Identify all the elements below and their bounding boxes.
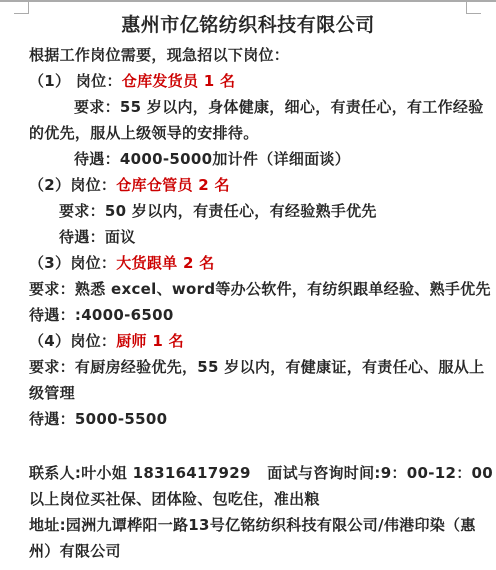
doc-line: （2）岗位：仓库仓管员 2 名 [29, 172, 486, 198]
doc-line: 待遇：面议 [29, 224, 486, 250]
doc-text: （1） 岗位： [29, 72, 122, 90]
text-boundary-mark-top-right-vertical [466, 0, 467, 13]
job-title-text: 大货跟单 2 名 [116, 254, 214, 272]
doc-text: 地址:园洲九谭桦阳一路13号亿铭纺织科技有限公司/伟港印染（惠 [29, 516, 476, 534]
doc-line: 要求：50 岁以内，有责任心，有经验熟手优先 [29, 198, 486, 224]
doc-line: 地址:园洲九谭桦阳一路13号亿铭纺织科技有限公司/伟港印染（惠 [29, 512, 486, 538]
doc-text: 要求：有厨房经验优先，55 岁以内，有健康证，有责任心、服从上 [29, 358, 484, 376]
doc-text: （3）岗位： [29, 254, 116, 272]
doc-text: 要求：50 岁以内，有责任心，有经验熟手优先 [59, 202, 377, 220]
doc-text: 级管理 [29, 384, 75, 402]
doc-line: （3）岗位：大货跟单 2 名 [29, 250, 486, 276]
company-title: 惠州市亿铭纺织科技有限公司 [0, 0, 496, 38]
doc-line: 联系人:叶小姐 18316417929 面试与咨询时间:9：00-12：00 1… [29, 460, 486, 486]
doc-line: （1） 岗位：仓库发货员 1 名 [29, 68, 486, 94]
doc-text: 待遇：:4000-6500 [29, 306, 174, 324]
doc-line: 根据工作岗位需要，现急招以下岗位： [29, 42, 486, 68]
doc-text: 待遇：5000-5500 [29, 410, 167, 428]
document-body: 根据工作岗位需要，现急招以下岗位：（1） 岗位：仓库发货员 1 名要求：55 岁… [0, 38, 496, 564]
blank-line [29, 432, 486, 460]
job-title-text: 厨师 1 名 [116, 332, 184, 350]
doc-text: 待遇：4000-5000加计件（详细面谈） [74, 150, 350, 168]
doc-text: 要求：熟悉 excel、word等办公软件，有纺织跟单经验、熟手优先 [29, 280, 491, 298]
doc-line: 要求：有厨房经验优先，55 岁以内，有健康证，有责任心、服从上 [29, 354, 486, 380]
doc-line: 州）有限公司 [29, 538, 486, 564]
doc-line: 待遇：5000-5500 [29, 406, 486, 432]
doc-text: 要求：55 岁以内，身体健康，细心，有责任心，有工作经验 [74, 98, 484, 116]
doc-text: 根据工作岗位需要，现急招以下岗位： [29, 46, 289, 64]
text-boundary-mark-top-left-horizontal [14, 13, 29, 14]
doc-line: 的优先，服从上级领导的安排待。 [29, 120, 486, 146]
document-page: 惠州市亿铭纺织科技有限公司 根据工作岗位需要，现急招以下岗位：（1） 岗位：仓库… [0, 0, 496, 570]
text-boundary-mark-top-left-vertical [28, 0, 29, 13]
doc-line: 要求：55 岁以内，身体健康，细心，有责任心，有工作经验 [29, 94, 486, 120]
doc-text: 州）有限公司 [29, 542, 121, 560]
doc-text: 的优先，服从上级领导的安排待。 [29, 124, 259, 142]
doc-text: 以上岗位买社保、团体险、包吃住，准出粮 [29, 490, 320, 508]
doc-text: 联系人:叶小姐 18316417929 面试与咨询时间:9：00-12：00 1… [29, 464, 496, 482]
doc-line: 待遇：:4000-6500 [29, 302, 486, 328]
page-top-edge [0, 0, 496, 2]
doc-text: （4）岗位： [29, 332, 116, 350]
doc-line: 以上岗位买社保、团体险、包吃住，准出粮 [29, 486, 486, 512]
doc-text: 待遇：面议 [59, 228, 136, 246]
doc-line: 级管理 [29, 380, 486, 406]
doc-line: （4）岗位：厨师 1 名 [29, 328, 486, 354]
job-title-text: 仓库发货员 1 名 [122, 72, 236, 90]
job-title-text: 仓库仓管员 2 名 [116, 176, 230, 194]
doc-line: 要求：熟悉 excel、word等办公软件，有纺织跟单经验、熟手优先 [29, 276, 486, 302]
doc-text: （2）岗位： [29, 176, 116, 194]
text-boundary-mark-top-right-horizontal [466, 13, 481, 14]
doc-line: 待遇：4000-5000加计件（详细面谈） [29, 146, 486, 172]
